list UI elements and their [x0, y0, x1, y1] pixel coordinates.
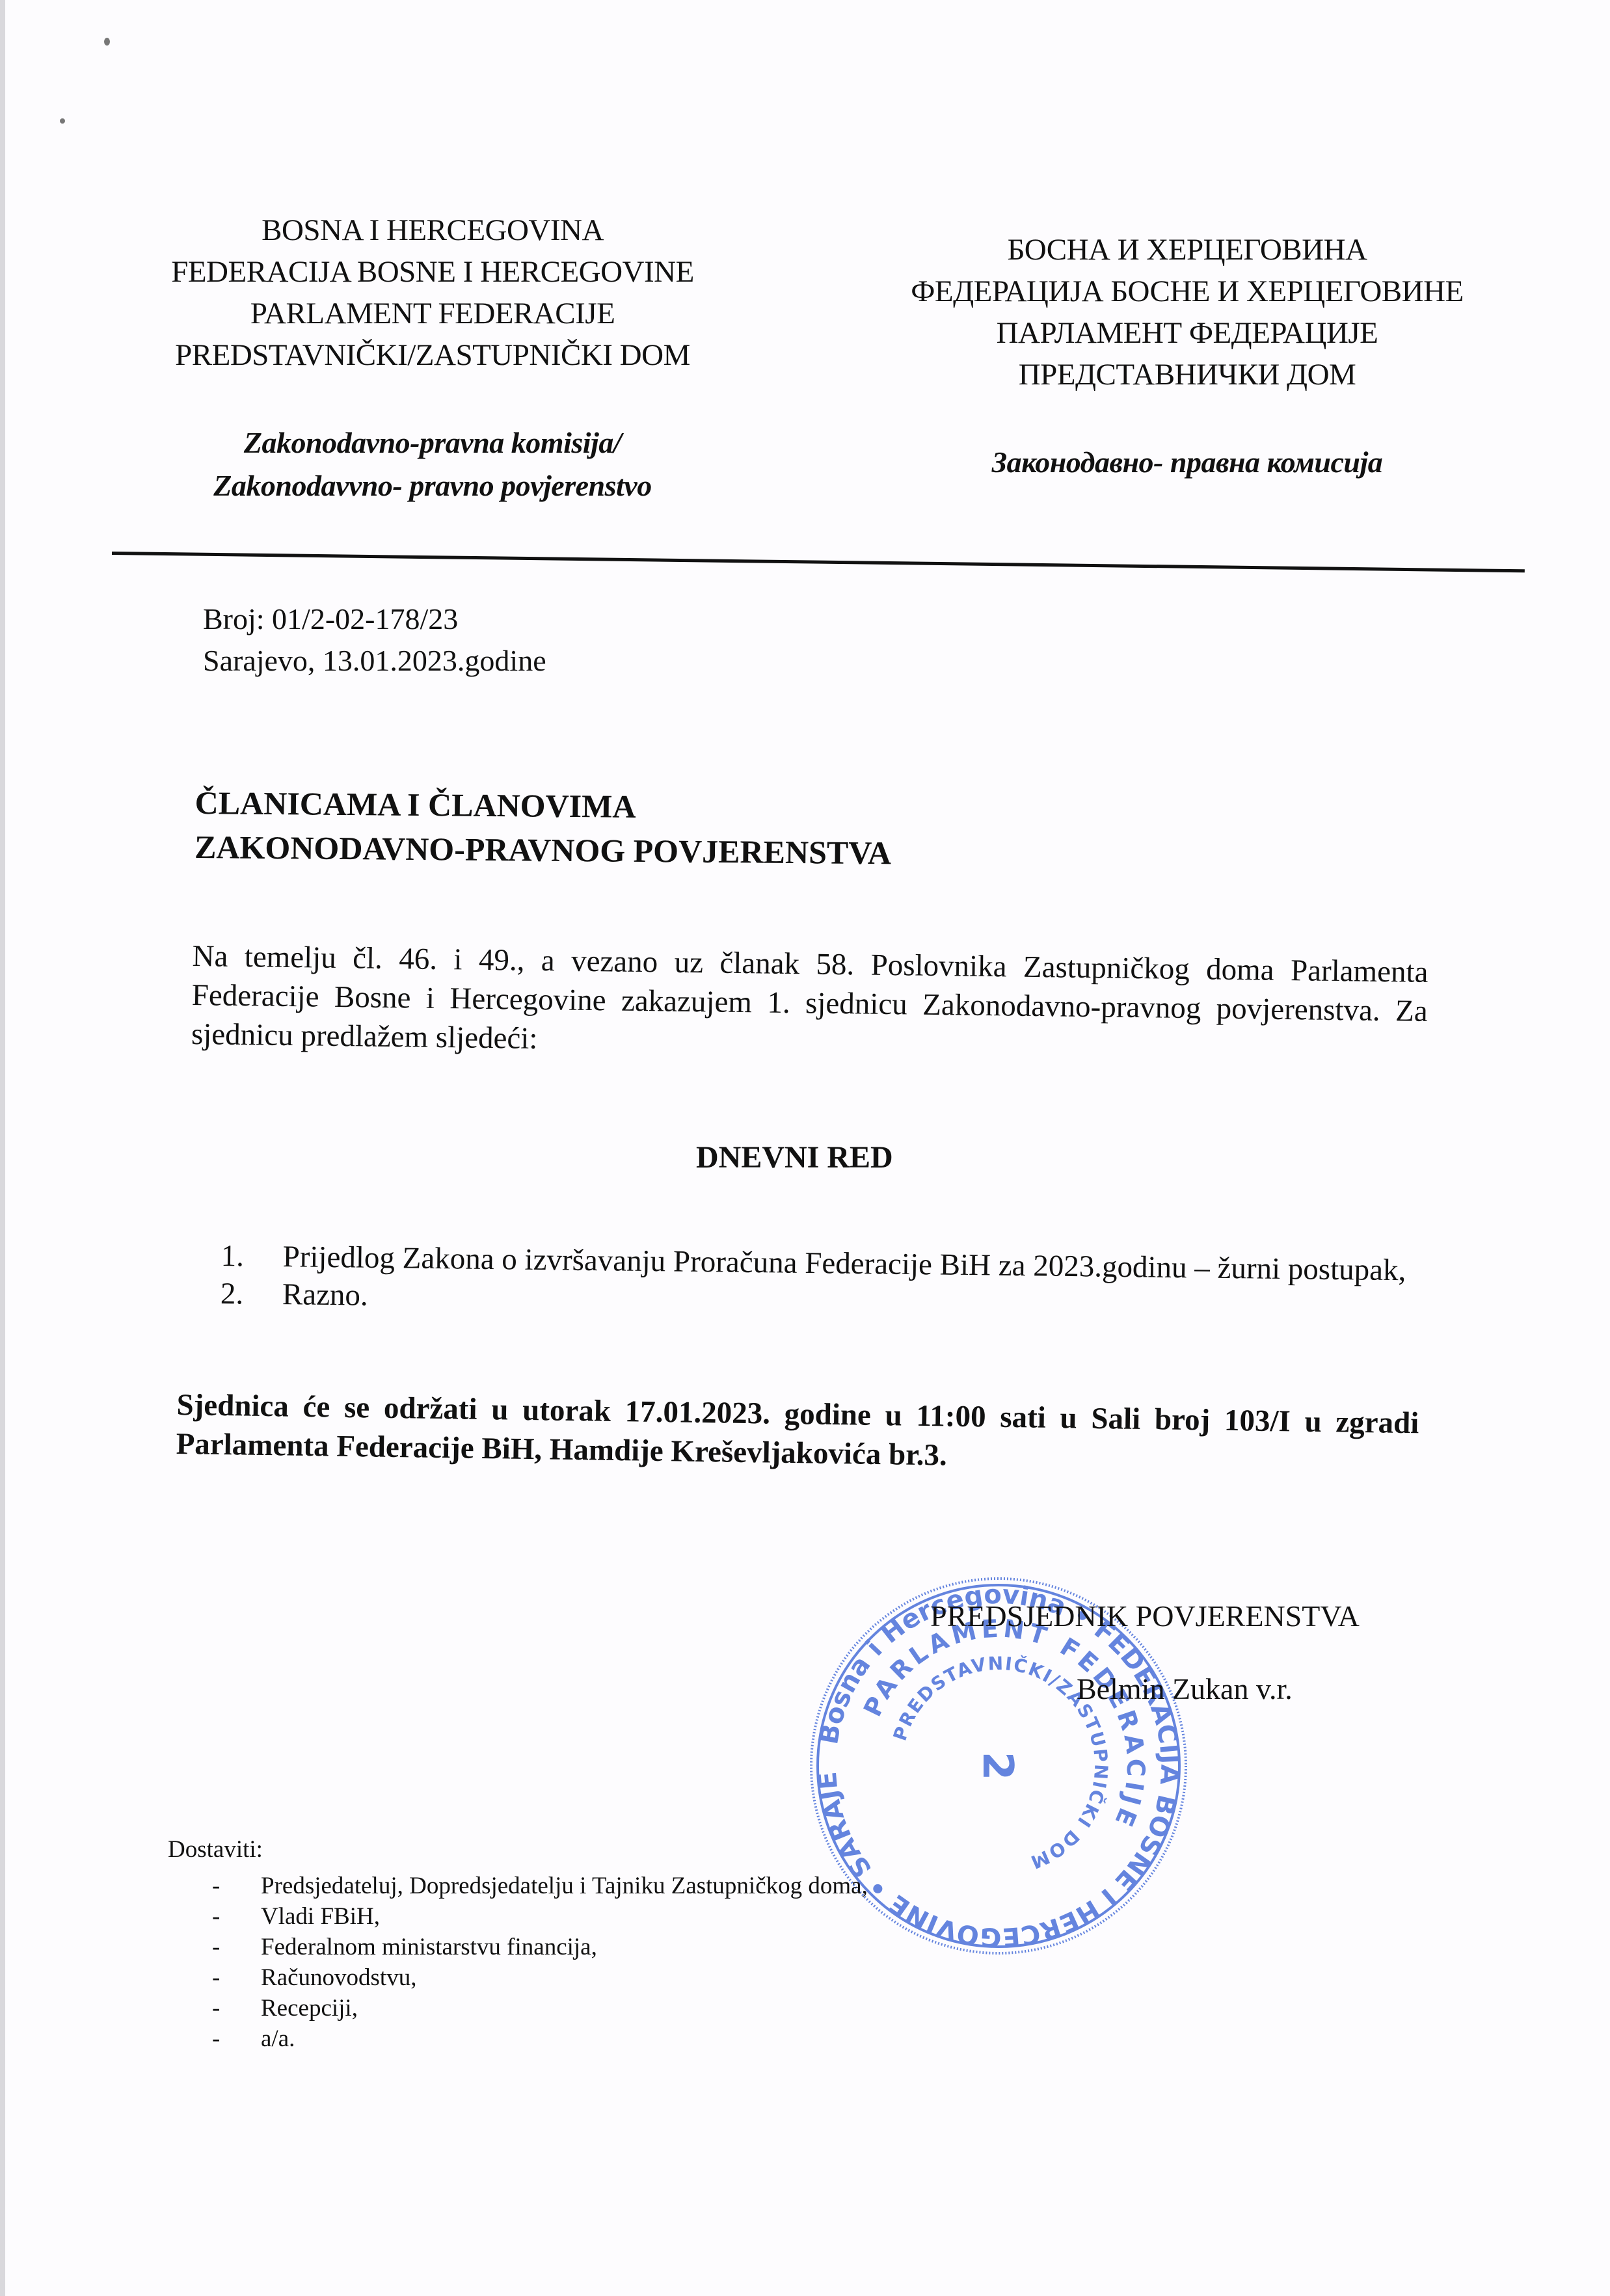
header-line: PREDSTAVNIČKI/ZASTUPNIČKI DOM	[140, 334, 725, 376]
delivery-item: -Računovodstvu,	[212, 1962, 868, 1993]
addressee: ČLANICAMA I ČLANOVIMA ZAKONODAVNO-PRAVNO…	[195, 781, 892, 875]
delivery-list: Dostaviti: -Predsjedateluj, Dopredsjedat…	[168, 1834, 868, 2054]
header-line: БОСНА И ХЕРЦЕГОВИНА	[868, 229, 1506, 271]
agenda-item-number: 1.	[221, 1237, 283, 1275]
delivery-item-text: Federalnom ministarstvu financija,	[261, 1932, 597, 1962]
svg-text:2: 2	[973, 1752, 1021, 1781]
document-number: Broj: 01/2-02-178/23	[203, 598, 546, 640]
dash: -	[212, 2023, 261, 2054]
header-latin: BOSNA I HERCEGOVINA FEDERACIJA BOSNE I H…	[140, 209, 725, 507]
commission-name-cyrillic: Законодавно- правна комисија	[868, 441, 1506, 484]
addressee-line: ZAKONODAVNO-PRAVNOG POVJERENSTVA	[195, 825, 892, 875]
signature-title: PREDSJEDNIK POVJERENSTVA	[930, 1597, 1360, 1636]
meeting-notice: Sjednica će se održati u utorak 17.01.20…	[176, 1385, 1419, 1482]
dash: -	[212, 1962, 261, 1993]
header-line: PARLAMENT FEDERACIJE	[140, 293, 725, 334]
delivery-item: -Recepciji,	[212, 1993, 868, 2023]
commission-line: Zakonodavvno- pravno povjerenstvo	[140, 464, 725, 507]
dash: -	[212, 1901, 261, 1932]
header-line: FEDERACIJA BOSNE I HERCEGOVINE	[140, 251, 725, 293]
header-line: BOSNA I HERCEGOVINA	[140, 209, 725, 251]
agenda-title: DNEVNI RED	[696, 1140, 893, 1175]
scan-speck	[60, 118, 65, 124]
delivery-item-text: a/a.	[261, 2023, 295, 2054]
addressee-line: ČLANICAMA I ČLANOVIMA	[195, 781, 892, 831]
header-line: ПРЕДСТАВНИЧКИ ДОМ	[868, 354, 1506, 395]
dash: -	[212, 1993, 261, 2023]
delivery-item: -a/a.	[212, 2023, 868, 2054]
intro-paragraph: Na temelju čl. 46. i 49., a vezano uz čl…	[191, 937, 1429, 1070]
delivery-item-text: Predsjedateluj, Dopredsjedatelju i Tajni…	[261, 1871, 868, 1901]
delivery-item-text: Vladi FBiH,	[261, 1901, 380, 1932]
header-divider	[112, 552, 1525, 572]
header-line: ФЕДЕРАЦИЈА БОСНЕ И ХЕРЦЕГОВИНЕ	[868, 271, 1506, 312]
delivery-item-text: Recepciji,	[261, 1993, 358, 2023]
agenda-item-number: 2.	[221, 1275, 283, 1313]
document-place-date: Sarajevo, 13.01.2023.godine	[203, 640, 546, 682]
scan-speck	[104, 38, 110, 46]
document-meta: Broj: 01/2-02-178/23 Sarajevo, 13.01.202…	[203, 598, 546, 682]
delivery-item: -Predsjedateluj, Dopredsjedatelju i Tajn…	[212, 1871, 868, 1901]
signature-name: Belmin Zukan v.r.	[1077, 1672, 1293, 1706]
delivery-item-text: Računovodstvu,	[261, 1962, 416, 1993]
commission-line: Законодавно- правна комисија	[868, 441, 1506, 484]
scan-edge	[0, 0, 5, 2296]
delivery-label: Dostaviti:	[168, 1834, 868, 1865]
header-cyrillic: БОСНА И ХЕРЦЕГОВИНА ФЕДЕРАЦИЈА БОСНЕ И Х…	[868, 229, 1506, 484]
commission-name-latin: Zakonodavno-pravna komisija/ Zakonodavvn…	[140, 421, 725, 507]
dash: -	[212, 1871, 261, 1901]
delivery-item: -Federalnom ministarstvu financija,	[212, 1932, 868, 1962]
header-line: ПАРЛАМЕНТ ФЕДЕРАЦИЈЕ	[868, 312, 1506, 354]
commission-line: Zakonodavno-pravna komisija/	[140, 421, 725, 464]
agenda-list: 1. Prijedlog Zakona o izvršavanju Prorač…	[221, 1237, 1418, 1327]
delivery-item: -Vladi FBiH,	[212, 1901, 868, 1932]
dash: -	[212, 1932, 261, 1962]
